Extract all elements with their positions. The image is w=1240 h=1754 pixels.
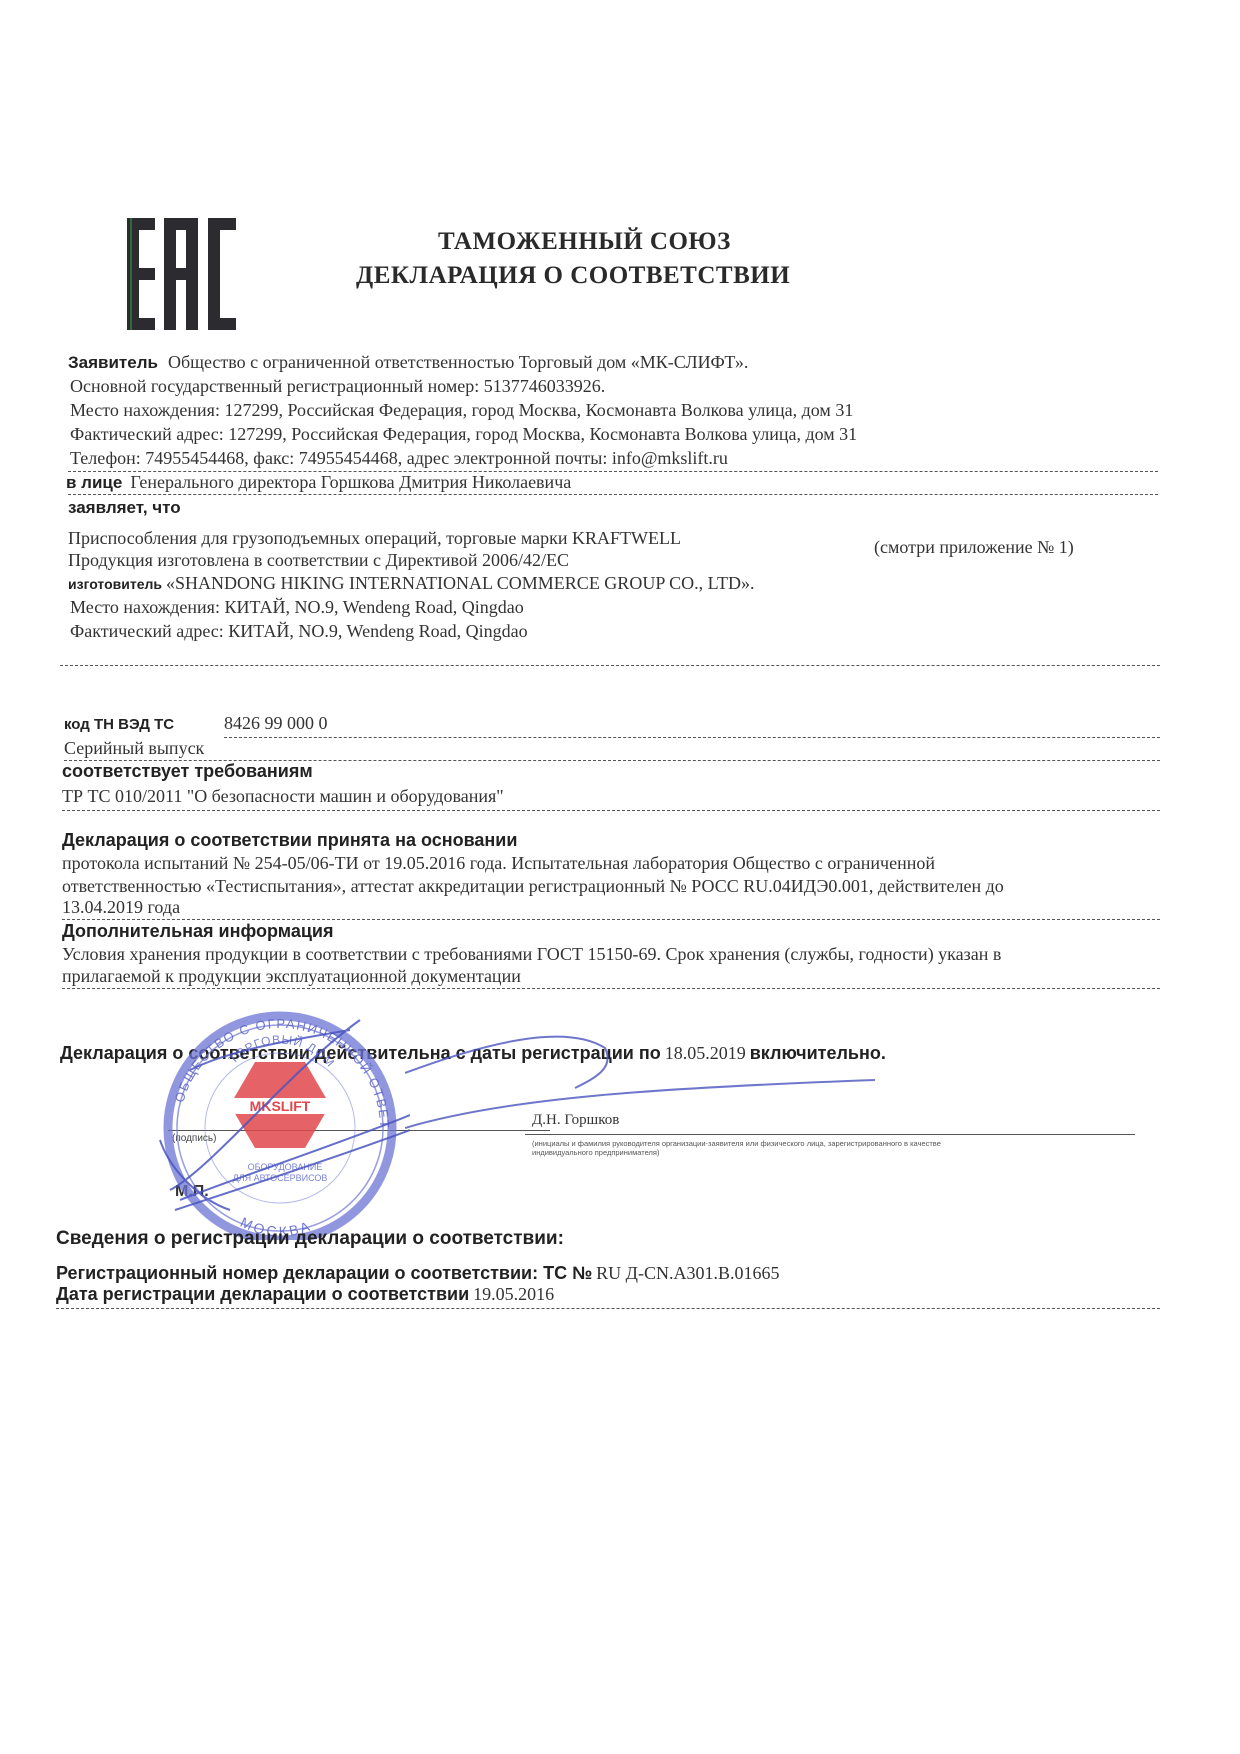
validity-date: 18.05.2019 bbox=[665, 1043, 746, 1063]
signature-caption: (подпись) bbox=[172, 1133, 216, 1144]
applicant-name: Общество с ограниченной ответственностью… bbox=[168, 352, 748, 372]
manufacturer-location: Место нахождения: КИТАЙ, NO.9, Wendeng R… bbox=[70, 597, 524, 618]
applicant-row: Заявитель Общество с ограниченной ответс… bbox=[68, 352, 748, 373]
registration-number-value: RU Д-CN.А301.В.01665 bbox=[596, 1263, 779, 1283]
applicant-label: Заявитель bbox=[68, 353, 158, 372]
stamp-ring-text: ОБЩЕСТВО С ОГРАНИЧЕННОЙ ОТВЕТСТВЕННОСТЬЮ bbox=[150, 1010, 392, 1130]
tnved-value: 8426 99 000 0 bbox=[224, 713, 328, 734]
registration-section-label: Сведения о регистрации декларации о соот… bbox=[56, 1228, 564, 1250]
seal-label: М.П. bbox=[175, 1183, 209, 1201]
validity-row: Декларация о соответствии действительна … bbox=[60, 1043, 886, 1064]
title-customs-union: ТАМОЖЕННЫЙ СОЮЗ bbox=[438, 228, 731, 256]
directive: Продукция изготовлена в соответствии с Д… bbox=[68, 550, 569, 571]
declares-label: заявляет, что bbox=[68, 498, 181, 518]
basis-line-1: протокола испытаний № 254-05/06-ТИ от 19… bbox=[62, 853, 935, 874]
registration-number-row: Регистрационный номер декларации о соотв… bbox=[56, 1263, 779, 1284]
basis-line-3: 13.04.2019 года bbox=[62, 897, 180, 918]
manufacturer-name: «SHANDONG HIKING INTERNATIONAL COMMERCE … bbox=[166, 573, 755, 593]
registration-date-label: Дата регистрации декларации о соответств… bbox=[56, 1284, 469, 1304]
applicant-contacts: Телефон: 74955454468, факс: 74955454468,… bbox=[70, 448, 728, 469]
additional-label: Дополнительная информация bbox=[62, 921, 333, 942]
tnved-label: код ТН ВЭД ТС bbox=[64, 716, 174, 733]
validity-suffix: включительно. bbox=[750, 1043, 886, 1063]
applicant-actual-address: Фактический адрес: 127299, Российская Фе… bbox=[70, 424, 857, 445]
applicant-ogrn: Основной государственный регистрационный… bbox=[70, 376, 605, 397]
manufacturer-row: изготовитель «SHANDONG HIKING INTERNATIO… bbox=[68, 573, 755, 594]
manufacturer-actual-address: Фактический адрес: КИТАЙ, NO.9, Wendeng … bbox=[70, 621, 528, 642]
appendix-reference: (смотри приложение № 1) bbox=[874, 537, 1074, 558]
registration-number-label: Регистрационный номер декларации о соотв… bbox=[56, 1263, 592, 1283]
eac-logo bbox=[124, 218, 236, 330]
validity-prefix: Декларация о соответствии действительна … bbox=[60, 1043, 661, 1063]
basis-label: Декларация о соответствии принята на осн… bbox=[62, 830, 517, 851]
production-type: Серийный выпуск bbox=[64, 738, 204, 759]
divider bbox=[62, 988, 1160, 989]
represented-by: Генерального директора Горшкова Дмитрия … bbox=[130, 472, 571, 492]
signer-caption-2: индивидуального предпринимателя) bbox=[532, 1148, 659, 1157]
divider bbox=[56, 1308, 1160, 1309]
svg-text:MKSLIFT: MKSLIFT bbox=[250, 1098, 311, 1114]
signer-name: Д.Н. Горшков bbox=[532, 1112, 619, 1129]
stamp-inner-bottom-2: ДЛЯ АВТОСЕРВИСОВ bbox=[233, 1173, 328, 1183]
applicant-location: Место нахождения: 127299, Российская Фед… bbox=[70, 400, 853, 421]
registration-date-value: 19.05.2016 bbox=[473, 1284, 554, 1304]
represented-row: в лице Генерального директора Горшкова Д… bbox=[66, 472, 571, 493]
divider bbox=[68, 494, 1158, 495]
svg-text:ОБЩЕСТВО С ОГРАНИЧЕННОЙ ОТВЕТС: ОБЩЕСТВО С ОГРАНИЧЕННОЙ ОТВЕТСТВЕННОСТЬЮ bbox=[150, 1010, 392, 1130]
additional-line-2: прилагаемой к продукции эксплуатационной… bbox=[62, 966, 521, 987]
requirements-value: ТР ТС 010/2011 "О безопасности машин и о… bbox=[62, 786, 504, 807]
signer-name-line bbox=[525, 1134, 1135, 1135]
represented-label: в лице bbox=[66, 473, 122, 492]
divider bbox=[62, 919, 1160, 920]
stamp-inner-bottom-1: ОБОРУДОВАНИЕ bbox=[248, 1162, 323, 1172]
additional-line-1: Условия хранения продукции в соответстви… bbox=[62, 944, 1001, 965]
divider bbox=[224, 737, 1160, 738]
manufacturer-label: изготовитель bbox=[68, 576, 162, 592]
signer-caption-1: (инициалы и фамилия руководителя организ… bbox=[532, 1139, 941, 1148]
requirements-label: соответствует требованиям bbox=[62, 761, 313, 782]
divider bbox=[62, 810, 1160, 811]
title-declaration: ДЕКЛАРАЦИЯ О СООТВЕТСТВИИ bbox=[356, 262, 790, 290]
signature-line bbox=[168, 1130, 550, 1131]
divider bbox=[60, 665, 1160, 666]
signature-tail bbox=[405, 1018, 885, 1138]
mkslift-logo-icon: MKSLIFT bbox=[224, 1062, 336, 1148]
product-description: Приспособления для грузоподъемных операц… bbox=[68, 528, 681, 549]
basis-line-2: ответственностью «Тестиспытания», аттест… bbox=[62, 876, 1004, 897]
registration-date-row: Дата регистрации декларации о соответств… bbox=[56, 1284, 554, 1305]
